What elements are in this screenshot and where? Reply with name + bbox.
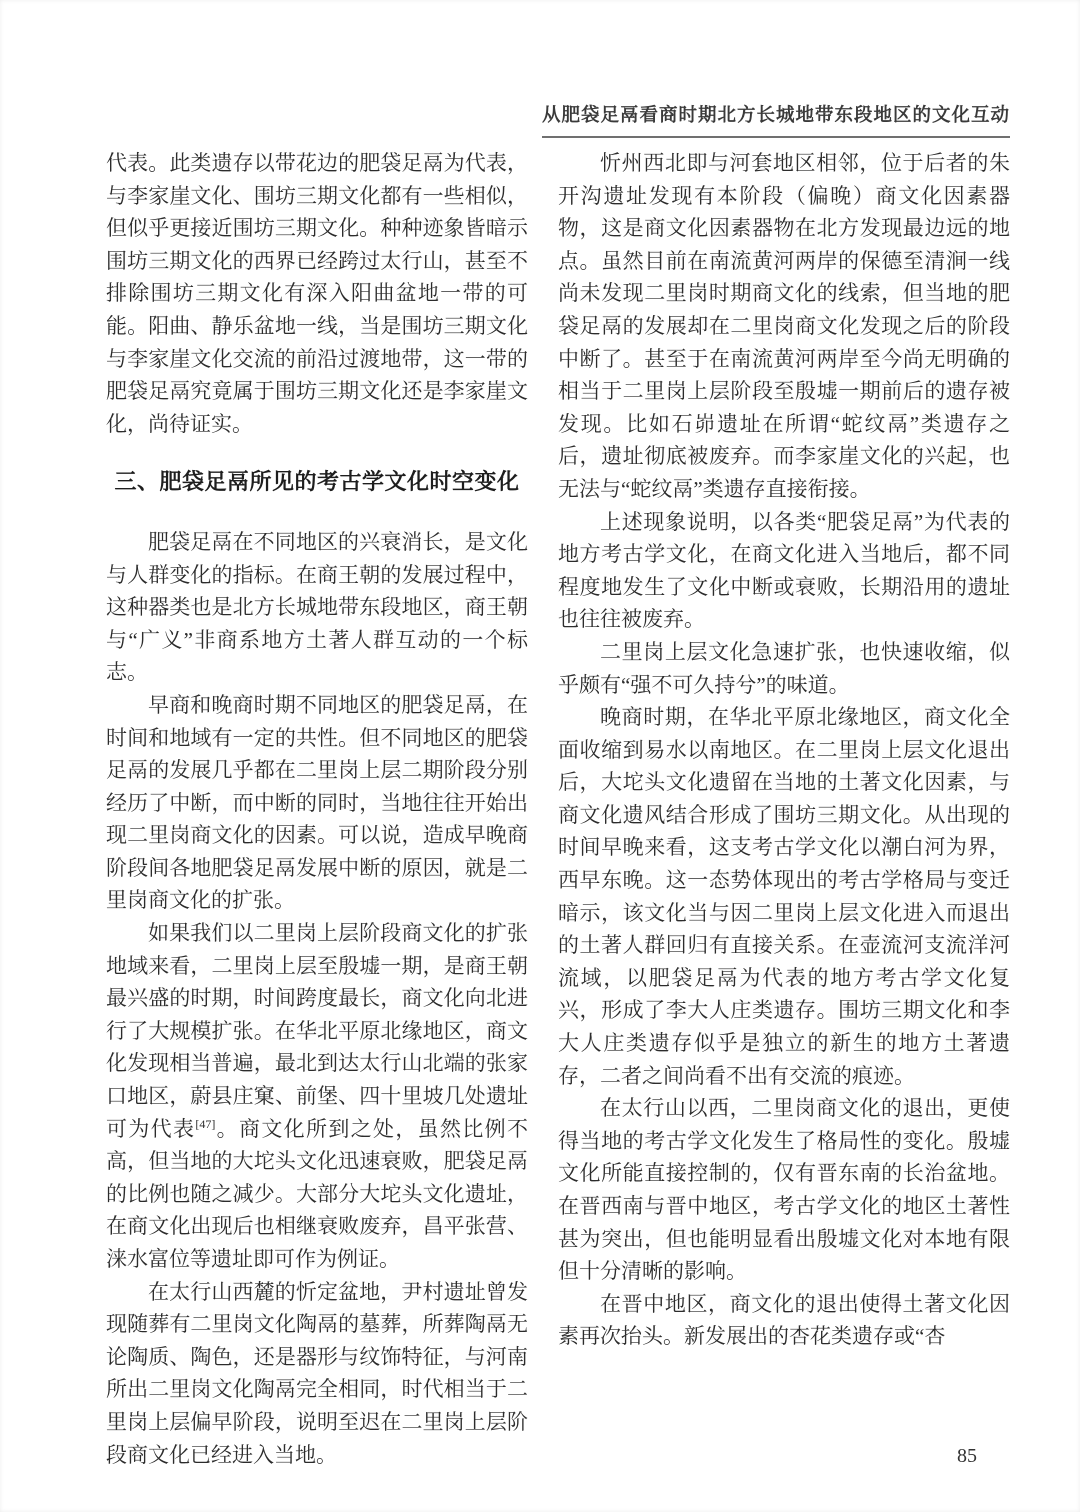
right-column: 忻州西北即与河套地区相邻，位于后者的朱开沟遗址发现有本阶段（偏晚）商文化因素器物… [558, 147, 1010, 1353]
paragraph: 二里岗上层文化急速扩张，也快速收缩，似乎颇有“强不可久持兮”的味道。 [558, 636, 1010, 701]
paper-page: 从肥袋足鬲看商时期北方长城地带东段地区的文化互动 代表。此类遗存以带花边的肥袋足… [0, 0, 1080, 1512]
footnote-ref-47: [47] [195, 1117, 215, 1131]
section-heading: 三、肥袋足鬲所见的考古学文化时空变化 [106, 466, 528, 499]
paragraph-text: 如果我们以二里岗上层阶段商文化的扩张地域来看，二里岗上层至殷墟一期，是商王朝最兴… [106, 921, 528, 1141]
paragraph: 在太行山西麓的忻定盆地，尹村遗址曾发现随葬有二里岗文化陶鬲的墓葬，所葬陶鬲无论陶… [106, 1276, 528, 1472]
paragraph: 肥袋足鬲在不同地区的兴衰消长，是文化与人群变化的指标。在商王朝的发展过程中，这种… [106, 526, 528, 689]
paragraph: 在晋中地区，商文化的退出使得土著文化因素再次抬头。新发展出的杏花类遗存或“杏 [558, 1288, 1010, 1353]
page-number: 85 [957, 1445, 977, 1468]
paragraph: 代表。此类遗存以带花边的肥袋足鬲为代表，与李家崖文化、围坊三期文化都有一些相似，… [106, 147, 528, 440]
left-column: 代表。此类遗存以带花边的肥袋足鬲为代表，与李家崖文化、围坊三期文化都有一些相似，… [106, 147, 528, 1471]
running-header-title: 从肥袋足鬲看商时期北方长城地带东段地区的文化互动 [542, 101, 1010, 138]
paragraph: 早商和晚商时期不同地区的肥袋足鬲，在时间和地域有一定的共性。但不同地区的肥袋足鬲… [106, 689, 528, 917]
paragraph: 上述现象说明，以各类“肥袋足鬲”为代表的地方考古学文化，在商文化进入当地后，都不… [558, 506, 1010, 636]
paragraph: 忻州西北即与河套地区相邻，位于后者的朱开沟遗址发现有本阶段（偏晚）商文化因素器物… [558, 147, 1010, 506]
paragraph: 晚商时期，在华北平原北缘地区，商文化全面收缩到易水以南地区。在二里岗上层文化退出… [558, 701, 1010, 1092]
paragraph: 在太行山以西，二里岗商文化的退出，更使得当地的考古学文化发生了格局性的变化。殷墟… [558, 1092, 1010, 1288]
paragraph: 如果我们以二里岗上层阶段商文化的扩张地域来看，二里岗上层至殷墟一期，是商王朝最兴… [106, 917, 528, 1276]
